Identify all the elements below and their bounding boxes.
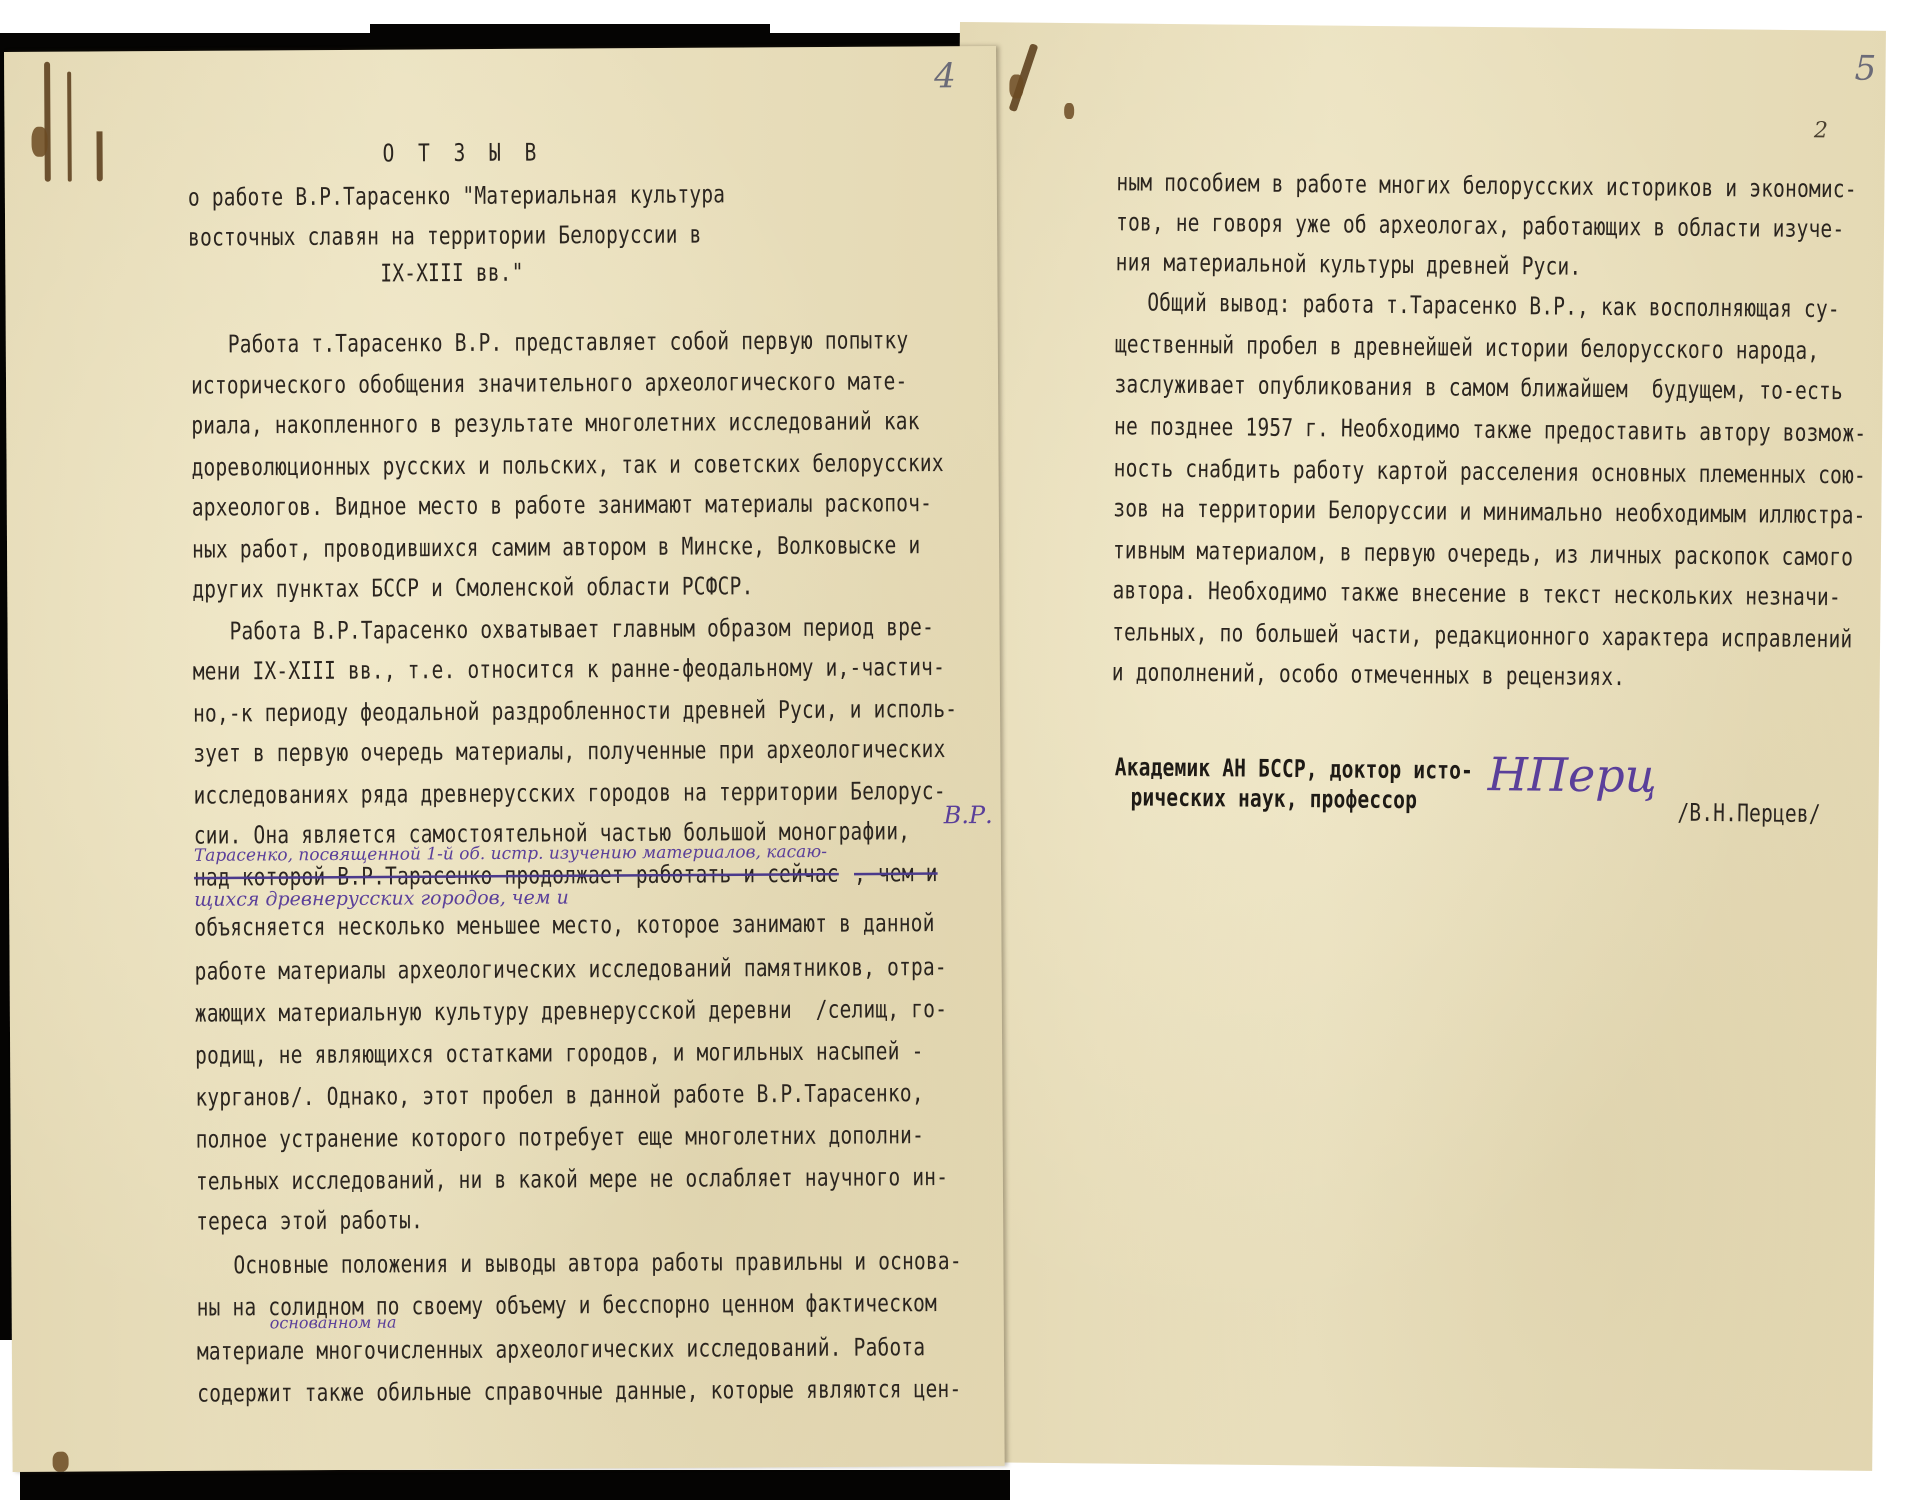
text-line: Общий вывод: работа т.Тарасенко В.Р., ка… [1147, 288, 1840, 323]
text-line: тивным материалом, в первую очередь, из … [1113, 536, 1854, 572]
document-title: О Т З Ы В [383, 138, 543, 168]
text-line: риала, накопленного в результате многоле… [191, 407, 920, 440]
text-line: тов, не говоря уже об археологах, работа… [1116, 208, 1845, 244]
rust-stain [1064, 103, 1074, 119]
text-line: зует в первую очередь материалы, получен… [193, 735, 945, 768]
text-line: работе материалы археологических исследо… [195, 953, 947, 986]
text-line: материале многочисленных археологических… [197, 1333, 926, 1366]
rust-stain [67, 72, 72, 182]
handwritten-signature: НПерц [1488, 747, 1658, 803]
text-line: исторического обобщения значительного ар… [191, 367, 908, 400]
text-line: курганов/. Однако, этот пробел в данной … [195, 1079, 924, 1112]
text-line: жающих материальную культуру древнерусск… [195, 995, 947, 1028]
document-subtitle: IX-XIII вв." [380, 258, 523, 288]
text-line: тельных исследований, ни в какой мере не… [196, 1163, 948, 1196]
text-line: ния материальной культуры древней Руси. [1116, 248, 1582, 281]
text-line: автора. Необходимо также внесение в текс… [1112, 576, 1841, 612]
rust-stain [53, 1452, 69, 1472]
text-line: дореволюционных русских и польских, так … [191, 449, 943, 482]
text-line: щественный пробел в древнейшей истории б… [1115, 330, 1820, 366]
signature-title-line-2: рических наук, профессор [1130, 783, 1417, 814]
text-line: Работа т.Тарасенко В.Р. представляет соб… [228, 326, 909, 359]
rust-stain [31, 127, 47, 157]
text-line: родищ, не являющихся остатками городов, … [195, 1037, 924, 1070]
scan-border-top-mid [370, 24, 770, 36]
handwritten-insertion: основанном на [270, 1313, 397, 1333]
document-page-right: 5 2 ным пособием в работе многих белорус… [946, 22, 1886, 1471]
text-line: тельных, по большей части, редакционного… [1112, 618, 1853, 654]
text-line: полное устранение которого потребует еще… [196, 1121, 925, 1154]
text-line: ных работ, проводившихся самим автором в… [192, 531, 921, 564]
text-line: не позднее 1957 г. Необходимо также пред… [1114, 412, 1866, 448]
text-line: ным пособием в работе многих белорусских… [1116, 168, 1857, 204]
handwritten-insertion: щихся древнерусских городов, чем и [194, 887, 569, 911]
text-line: содержит также обильные справочные данны… [197, 1374, 961, 1407]
text-line: зов на территории Белоруссии и минимальн… [1113, 494, 1865, 530]
text-line: но,-к периоду феодальной раздробленности… [193, 694, 957, 727]
text-line: ность снабдить работу картой расселения … [1114, 454, 1866, 490]
rust-stain [44, 62, 51, 182]
text-line: тереса этой работы. [196, 1206, 423, 1236]
text-line: Работа В.Р.Тарасенко охватывает главным … [229, 613, 934, 646]
text-line: исследованиях ряда древнерусских городов… [193, 777, 945, 810]
document-subtitle: восточных славян на территории Белорусси… [188, 220, 702, 252]
typed-page-number: 2 [1814, 118, 1828, 143]
text-line: объясняется несколько меньшее место, кот… [194, 909, 934, 942]
document-subtitle: о работе В.Р.Тарасенко "Материальная кул… [188, 180, 725, 212]
rust-stain [96, 131, 102, 181]
text-line: и дополнений, особо отмеченных в рецензи… [1112, 658, 1626, 692]
text-line: археологов. Видное место в работе занима… [192, 489, 932, 522]
archive-folio-number: 5 [1854, 49, 1876, 89]
text-line: заслуживает опубликования в самом ближай… [1114, 370, 1843, 406]
text-line: других пунктах БССР и Смоленской области… [192, 572, 753, 604]
text-line: Основные положения и выводы автора работ… [233, 1246, 962, 1279]
rust-stain [1009, 74, 1023, 98]
document-page-left: 4 О Т З Ы В о работе В.Р.Тарасенко "Мате… [4, 46, 1005, 1472]
archive-folio-number: 4 [934, 56, 956, 96]
handwritten-insertion: В.Р. [944, 801, 993, 829]
signature-title-line-1: Академик АН БССР, доктор исто- [1115, 753, 1473, 785]
signature-typed-name: /В.Н.Перцев/ [1677, 798, 1821, 828]
text-line: мени IX-XIII вв., т.е. относится к ранне… [193, 653, 945, 686]
scan-border-bottom [20, 1470, 1010, 1500]
struck-out-text: , чем и [854, 859, 938, 888]
